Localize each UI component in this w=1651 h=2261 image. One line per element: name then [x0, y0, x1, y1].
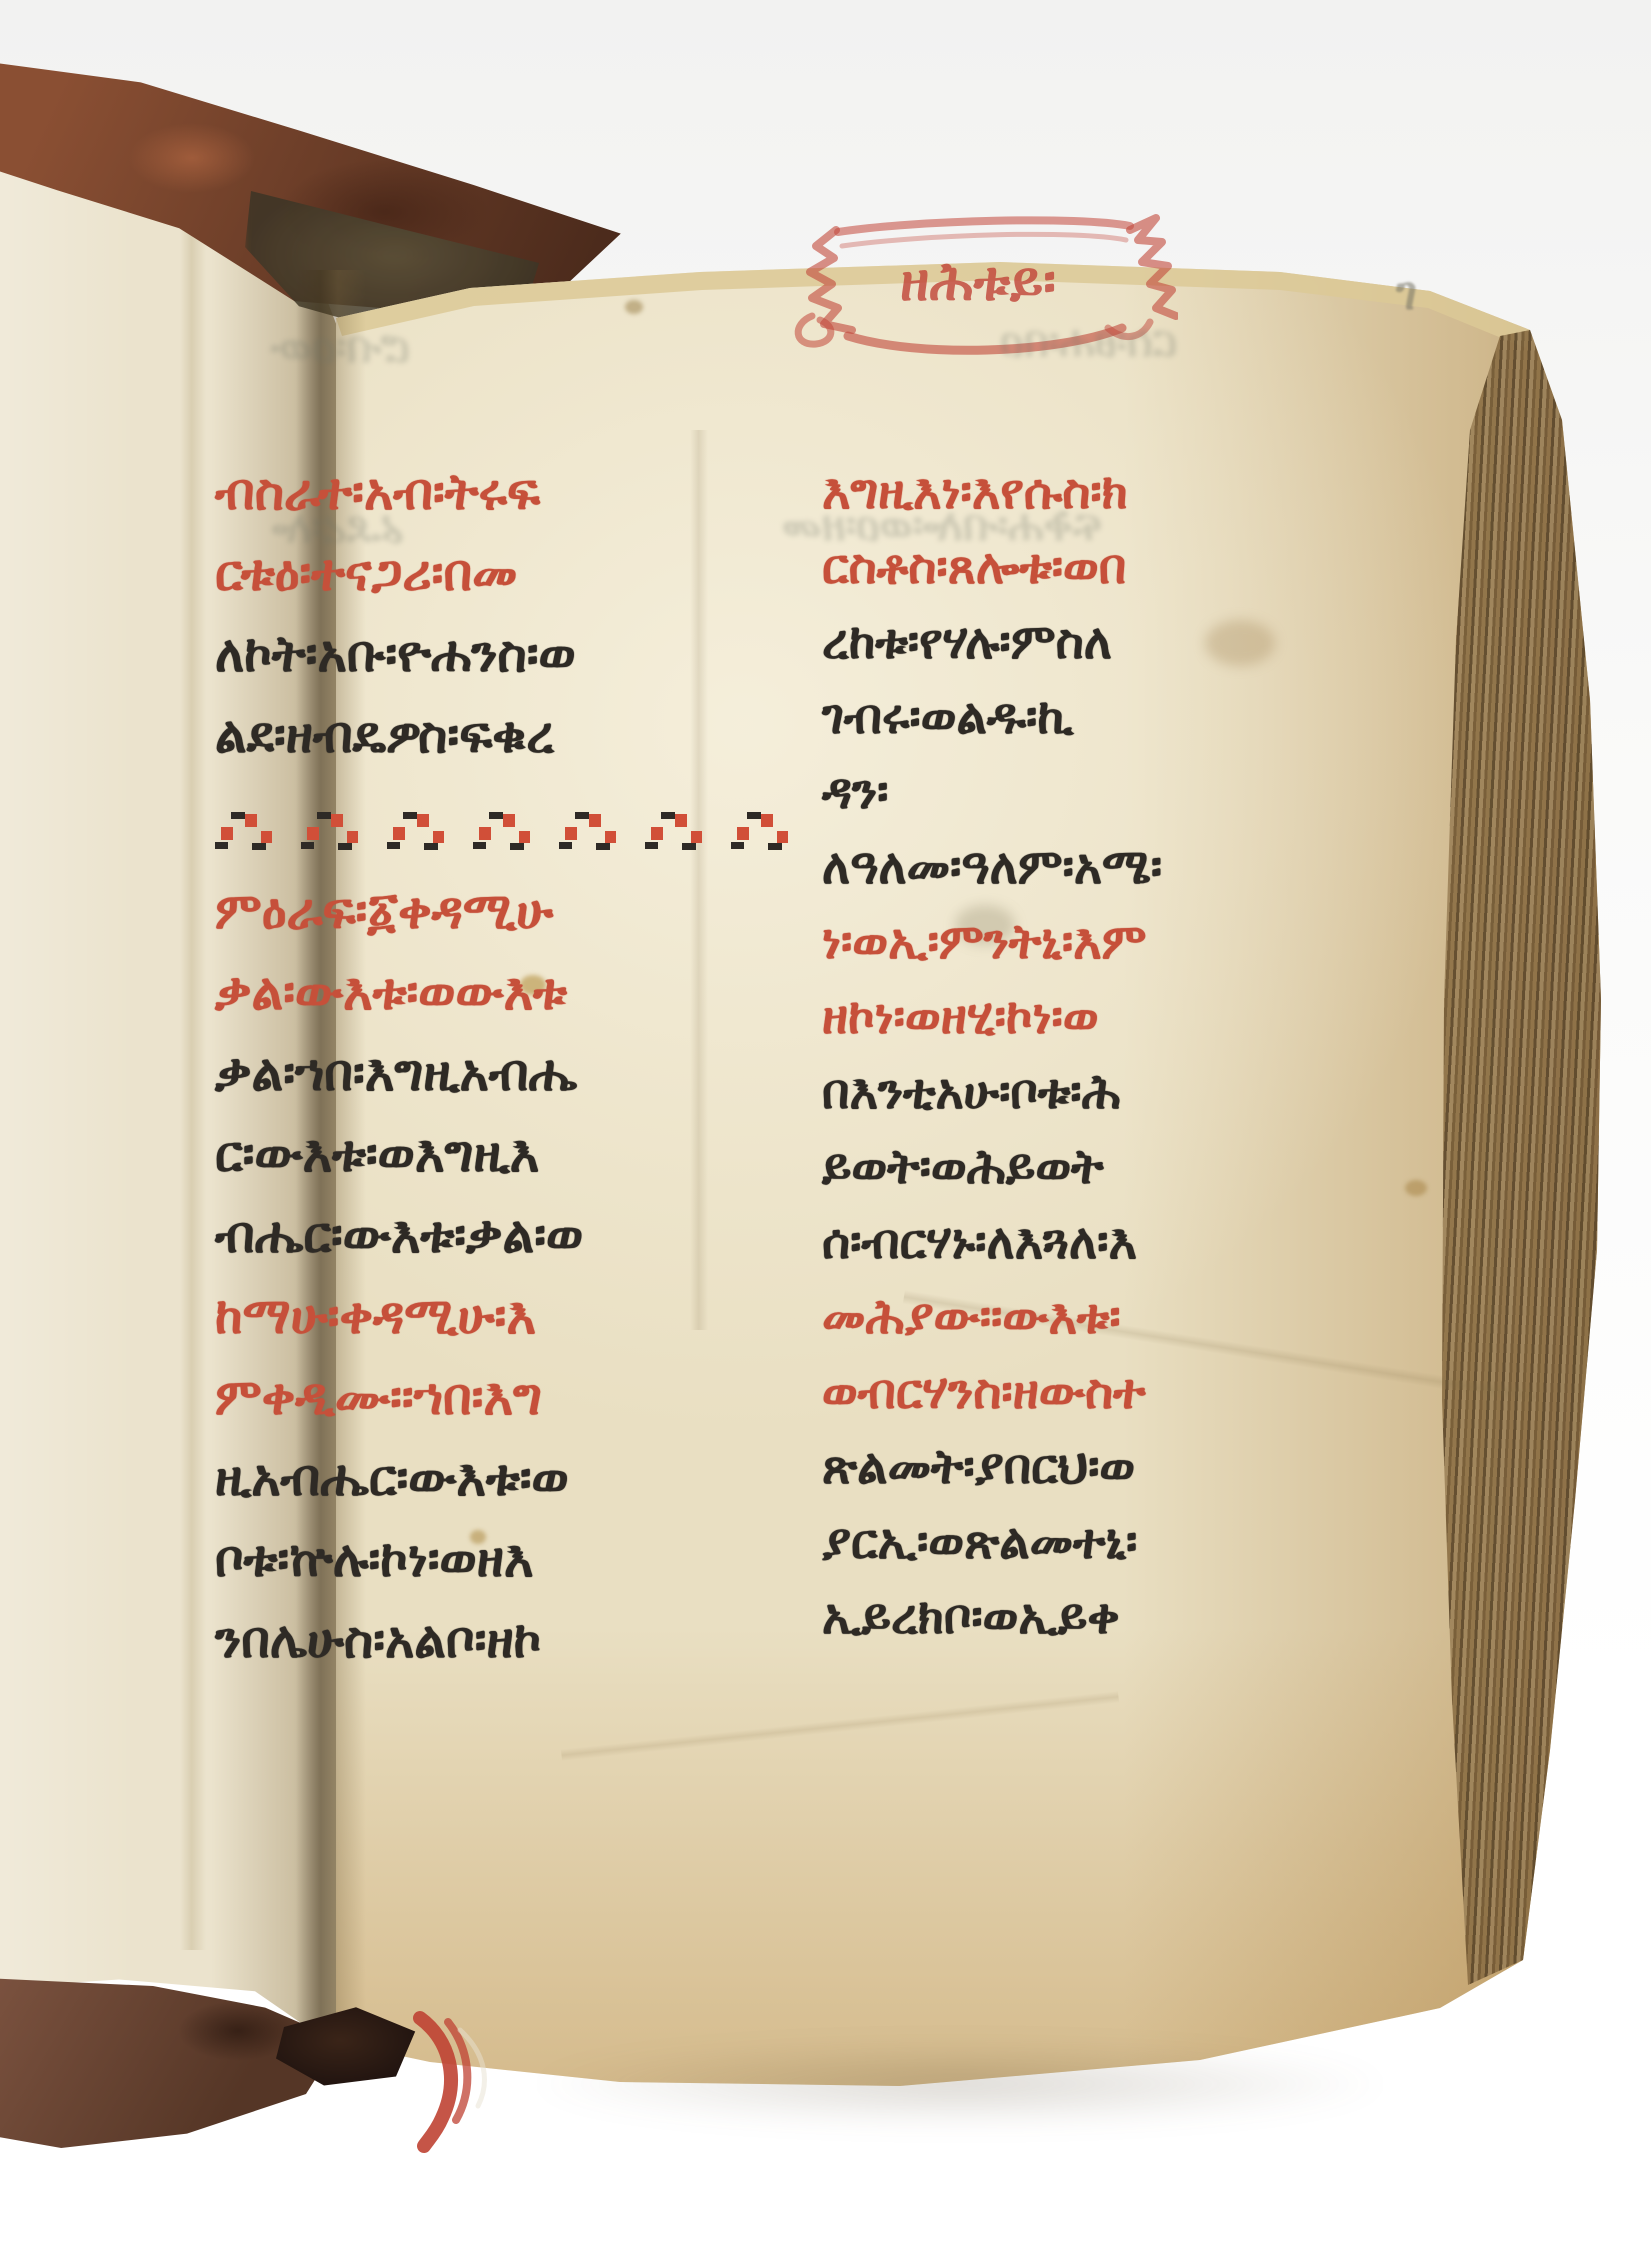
- manuscript-line: ጽልመት፡ያበርህ፡ወ: [822, 1430, 1442, 1505]
- divider-cluster: [645, 809, 709, 853]
- divider-cluster: [731, 809, 795, 853]
- manuscript-line: ብስራተ፡አብ፡ትሩፍ: [215, 452, 775, 533]
- divider-cluster: [473, 809, 537, 853]
- manuscript-line: ዘኮነ፡ወዘሂ፡ኮነ፡ወ: [822, 980, 1442, 1055]
- manuscript-line: ቃል፡ውእቱ፡ወውእቱ: [215, 952, 775, 1033]
- bleedthrough-text: ሮብ፡ዐው: [270, 322, 410, 373]
- text-column-right: እግዚእነ፡እየሱስ፡ክርስቶስ፡ጸሎቱ፡ወበረከቱ፡የሃሉ፡ምስለገብሩ፡ወል…: [822, 455, 1442, 1655]
- manuscript-line: ወብርሃንስ፡ዘውስተ: [822, 1355, 1442, 1430]
- manuscript-line: ረከቱ፡የሃሉ፡ምስለ: [822, 605, 1442, 680]
- manuscript-line: ይወት፡ወሕይወት: [822, 1130, 1442, 1205]
- book-shadow: [380, 2040, 1540, 2150]
- cartouche-right-flourish: [1130, 218, 1176, 316]
- parchment-stain: [625, 300, 643, 314]
- manuscript-line: ንበሌሁስ፡አልቦ፡ዘኮ: [215, 1600, 775, 1681]
- manuscript-line: በእንቲአሁ፡ቦቱ፡ሕ: [822, 1055, 1442, 1130]
- bleedthrough-text: ርስ፡ፀሐ፡በዐ: [1000, 316, 1177, 367]
- cartouche-title-text: ዘሕቱይ፡: [900, 250, 1056, 313]
- manuscript-line: ቃል፡ኀበ፡እግዚአብሔ: [215, 1033, 775, 1114]
- red-endband-thread: [390, 2010, 550, 2160]
- divider-cluster: [559, 809, 623, 853]
- manuscript-line: ለኮት፡አቡ፡ዮሐንስ፡ወ: [215, 614, 775, 695]
- manuscript-line: ገብሩ፡ወልዱ፡ኪ: [822, 680, 1442, 755]
- manuscript-line: ከማሁ፡ቀዳሚሁ፡እ: [215, 1276, 775, 1357]
- divider-cluster: [387, 809, 451, 853]
- manuscript-line: ለዓለመ፡ዓለም፡አሜ፡: [822, 830, 1442, 905]
- manuscript-line: ብሔር፡ውእቱ፡ቃል፡ወ: [215, 1195, 775, 1276]
- manuscript-line: ልደ፡ዘብዴዎስ፡ፍቁረ: [215, 695, 775, 776]
- previous-folio-crease: [180, 150, 206, 1950]
- manuscript-line: ኢይረክቦ፡ወኢይቀ: [822, 1580, 1442, 1655]
- manuscript-line: ዚአብሔር፡ውእቱ፡ወ: [215, 1438, 775, 1519]
- manuscript-line: ምዕራፍ፡፩ቀዳሚሁ: [215, 871, 775, 952]
- manuscript-line: ቦቱ፡ኵሉ፡ኮነ፡ወዘእ: [215, 1519, 775, 1600]
- ornamental-dotted-divider: [215, 776, 775, 871]
- folio-mark: ገ: [1396, 266, 1417, 322]
- manuscript-line: ምቀዲሙ፡፡ኀበ፡እግ: [215, 1357, 775, 1438]
- divider-cluster: [215, 809, 279, 853]
- divider-cluster: [301, 809, 365, 853]
- manuscript-line: ር፡ውእቱ፡ወእግዚእ: [215, 1114, 775, 1195]
- manuscript-line: መሕያው፡፡ውእቱ፡: [822, 1280, 1442, 1355]
- manuscript-line: ርስቶስ፡ጸሎቱ፡ወበ: [822, 530, 1442, 605]
- manuscript-line: ያርኢ፡ወጽልመተኒ፡: [822, 1505, 1442, 1580]
- manuscript-line: ዳን፡: [822, 755, 1442, 830]
- text-column-left: ብስራተ፡አብ፡ትሩፍርቱዕ፡ተናጋሪ፡በመለኮት፡አቡ፡ዮሐንስ፡ወልደ፡ዘብ…: [215, 452, 775, 1681]
- photo-of-manuscript: { "document": { "description": "Open Eth…: [0, 0, 1651, 2261]
- manuscript-line: ነ፡ወኢ፡ምንትኒ፡እም: [822, 905, 1442, 980]
- manuscript-line: ርቱዕ፡ተናጋሪ፡በመ: [215, 533, 775, 614]
- manuscript-line: እግዚእነ፡እየሱስ፡ክ: [822, 455, 1442, 530]
- manuscript-line: ሰ፡ብርሃኑ፡ለእጓለ፡እ: [822, 1205, 1442, 1280]
